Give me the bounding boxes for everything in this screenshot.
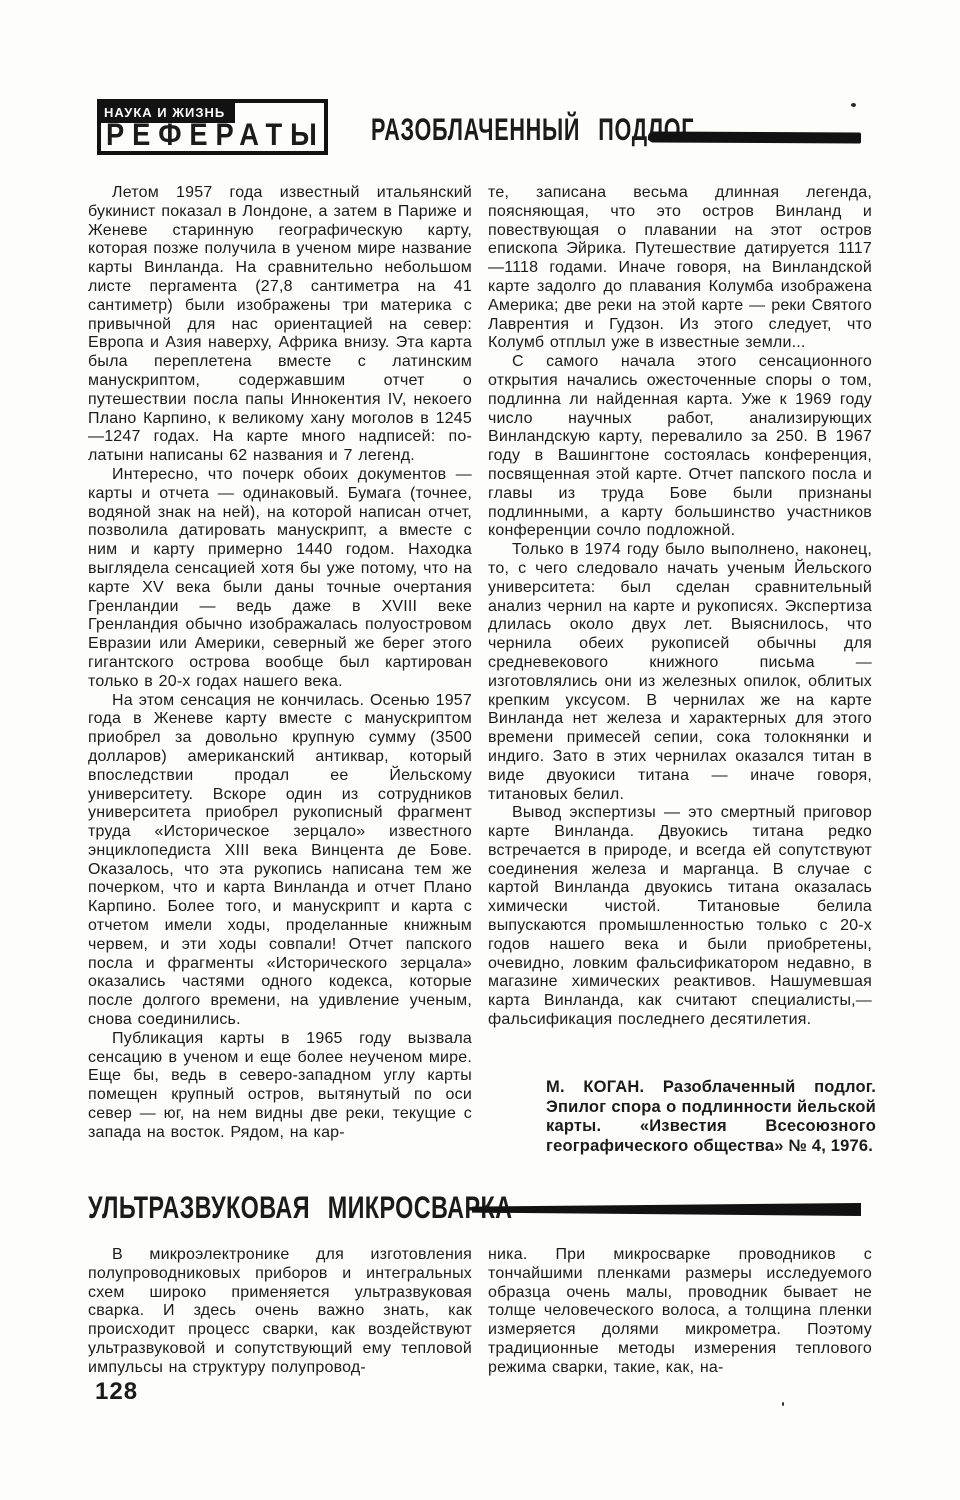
paragraph: Вывод экспертизы — это смертный приговор… <box>488 804 872 1030</box>
article1-title-rule <box>648 131 861 143</box>
paragraph: Публикация карты в 1965 году вызвала сен… <box>88 1030 472 1143</box>
article1-citation: М. КОГАН. Разоблаченный подлог. Эпилог с… <box>546 1078 876 1156</box>
article2-title: УЛЬТРАЗВУКОВАЯ МИКРОСВАРКА <box>88 1193 512 1225</box>
article2-right-column: ника. При микросварке проводников с тонч… <box>488 1246 872 1396</box>
article1-right-column: те, записана весьма длинная легенда, поя… <box>488 184 872 1080</box>
article2-title-rule <box>472 1203 861 1216</box>
paragraph: В микроэлектронике для изготовления полу… <box>88 1246 472 1378</box>
scan-speck <box>782 1402 784 1406</box>
article1-left-column: Летом 1957 года известный итальянский бу… <box>88 184 472 1179</box>
paragraph: На этом сенсация не кончилась. Осенью 19… <box>88 692 472 1030</box>
paragraph: ника. При микросварке проводников с тонч… <box>488 1246 872 1378</box>
scan-speck <box>851 103 856 107</box>
page-number: 128 <box>95 1378 138 1406</box>
magazine-page: НАУКА И ЖИЗНЬ РЕФЕРАТЫ РАЗОБЛАЧЕННЫЙ ПОД… <box>0 0 960 1500</box>
section-badge: НАУКА И ЖИЗНЬ РЕФЕРАТЫ <box>97 99 328 155</box>
section-title: РЕФЕРАТЫ <box>106 118 325 150</box>
paragraph: те, записана весьма длинная легенда, поя… <box>488 184 872 353</box>
paragraph: Летом 1957 года известный итальянский бу… <box>88 184 472 466</box>
article2-left-column: В микроэлектронике для изготовления полу… <box>88 1246 472 1396</box>
paragraph: Интересно, что почерк обоих документов —… <box>88 466 472 692</box>
article1-title: РАЗОБЛАЧЕННЫЙ ПОДЛОГ <box>371 115 694 147</box>
paragraph: С самого начала этого сенсационного откр… <box>488 353 872 541</box>
paragraph: Только в 1974 году было выполнено, након… <box>488 541 872 804</box>
